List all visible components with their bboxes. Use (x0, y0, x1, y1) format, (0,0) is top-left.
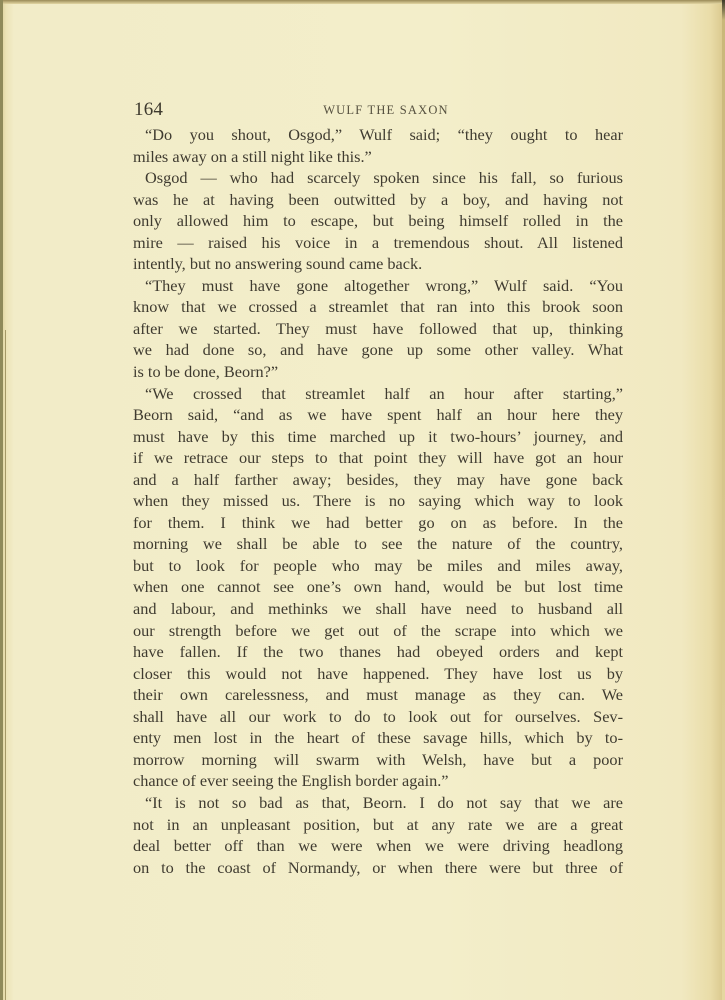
text-line: morrow morning will swarm with Welsh, ha… (133, 749, 623, 771)
text-line: Osgod — who had scarcely spoken since hi… (133, 167, 623, 189)
text-line: only allowed him to escape, but being hi… (133, 210, 623, 232)
text-line: shall have all our work to do to look ou… (133, 706, 623, 728)
text-line: “It is not so bad as that, Beorn. I do n… (133, 792, 623, 814)
text-line: must have by this time marched up it two… (133, 426, 623, 448)
page-top-edge (0, 0, 725, 4)
text-line: chance of ever seeing the English border… (133, 770, 623, 792)
text-line: their own carelessness, and must manage … (133, 684, 623, 706)
running-head: 164 WULF THE SAXON (134, 99, 622, 121)
text-line: and a half farther away; besides, they m… (133, 469, 623, 491)
text-line: not in an unpleasant position, but at an… (133, 814, 623, 836)
text-line: for them. I think we had better go on as… (133, 512, 623, 534)
text-line: and labour, and methinks we shall have n… (133, 598, 623, 620)
text-line: have fallen. If the two thanes had obeye… (133, 641, 623, 663)
text-line: mire — raised his voice in a tremendous … (133, 232, 623, 254)
page-left-edge (0, 0, 3, 1000)
text-line: on to the coast of Normandy, or when the… (133, 857, 623, 879)
text-line: “We crossed that streamlet half an hour … (133, 383, 623, 405)
text-line: when they missed us. There is no saying … (133, 490, 623, 512)
text-line: after we started. They must have followe… (133, 318, 623, 340)
body-text: “Do you shout, Osgod,” Wulf said; “they … (133, 124, 623, 878)
text-line: closer this would not have happened. The… (133, 663, 623, 685)
text-line: morning we shall be able to see the natu… (133, 533, 623, 555)
text-line: “They must have gone altogether wrong,” … (133, 275, 623, 297)
text-line: intently, but no answering sound came ba… (133, 253, 623, 275)
text-line: when one cannot see one’s own hand, woul… (133, 576, 623, 598)
page-gutter-line (5, 330, 6, 1000)
text-line: was he at having been outwitted by a boy… (133, 189, 623, 211)
text-line: deal better off than we were when we wer… (133, 835, 623, 857)
text-line: our strength before we get out of the sc… (133, 620, 623, 642)
book-page: 164 WULF THE SAXON “Do you shout, Osgod,… (0, 0, 725, 1000)
running-title: WULF THE SAXON (134, 103, 630, 118)
text-line: Beorn said, “and as we have spent half a… (133, 404, 623, 426)
text-line: is to be done, Beorn?” (133, 361, 623, 383)
text-line: miles away on a still night like this.” (133, 146, 623, 168)
text-line: “Do you shout, Osgod,” Wulf said; “they … (133, 124, 623, 146)
text-line: but to look for people who may be miles … (133, 555, 623, 577)
text-line: if we retrace our steps to that point th… (133, 447, 623, 469)
text-line: know that we crossed a streamlet that ra… (133, 296, 623, 318)
text-line: we had done so, and have gone up some ot… (133, 339, 623, 361)
text-line: enty men lost in the heart of these sava… (133, 727, 623, 749)
